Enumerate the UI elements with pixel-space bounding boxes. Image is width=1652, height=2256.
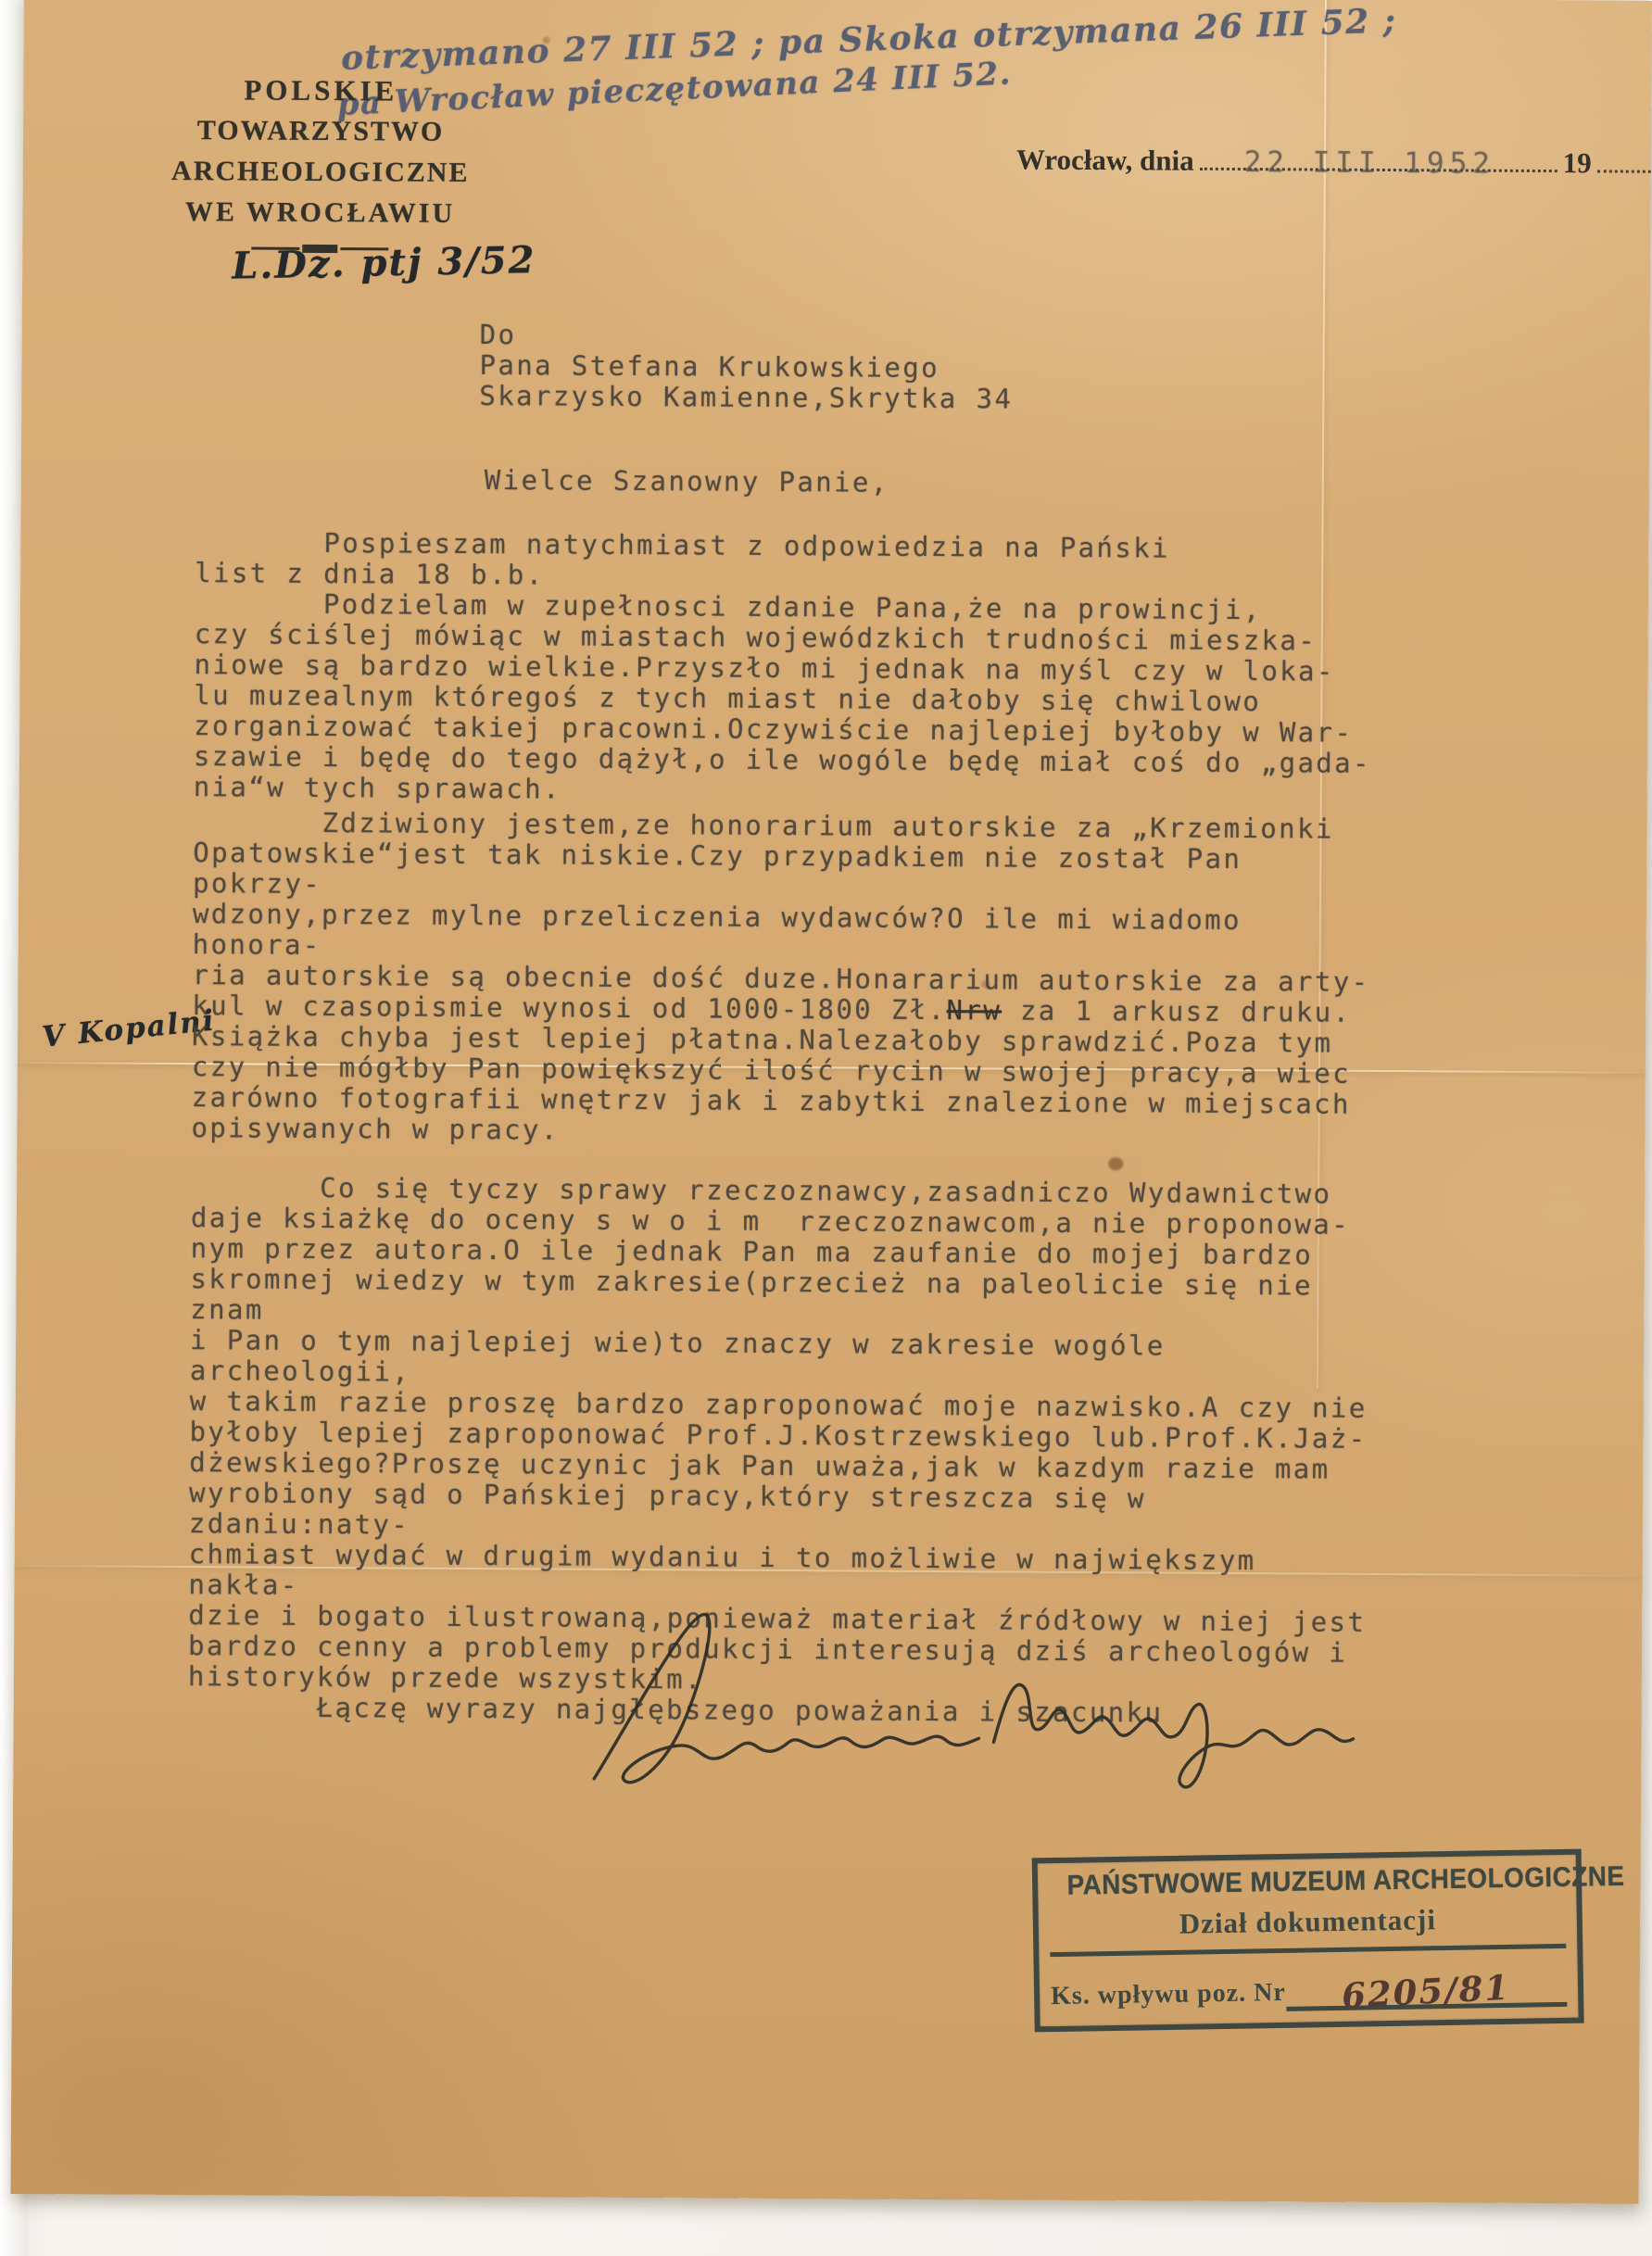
- letter-body: Do Pana Stefana Krukowskiego Skarzysko K…: [188, 318, 1392, 1730]
- handwritten-accession-number: 6205/81: [1341, 1967, 1511, 2016]
- stamp-accession-label: Ks. wpływu poz. Nr: [1051, 1978, 1286, 2015]
- salutation: Wielce Szanowny Panie,: [485, 465, 1391, 501]
- stamp-accession-row: Ks. wpływu poz. Nr 6205/81: [1051, 1961, 1568, 2015]
- dateline-prefix: Wrocław, dnia: [1016, 144, 1194, 177]
- stamp-accession-rule: 6205/81: [1285, 1961, 1567, 2011]
- letterhead-line3: WE WROCŁAWIU: [102, 192, 537, 235]
- dateline-dotted-rule: 22 III 1952: [1200, 162, 1557, 172]
- paragraph-2: Podzielam w zupełnosci zdanie Pana,że na…: [194, 588, 1390, 810]
- handwritten-reference-number: L.Dz. ptj 3/52: [232, 238, 536, 288]
- paragraph-3: Zdziwiony jestem,ze honorarium autorskie…: [191, 807, 1388, 1151]
- letterhead-line2: TOWARZYSTWO ARCHEOLOGICZNE: [103, 110, 539, 195]
- handwritten-margin-note: V Kopalni: [41, 1004, 217, 1054]
- dateline-year-print: 19: [1563, 146, 1592, 179]
- struck-out-word: Nrw: [946, 994, 1002, 1026]
- typed-date: 22 III 1952: [1244, 145, 1496, 181]
- dateline-dotted-rule-2: [1597, 164, 1652, 172]
- paragraph-1: Pospieszam natychmiast z odpowiedzia na …: [195, 527, 1390, 596]
- letterhead: POLSKIE TOWARZYSTWO ARCHEOLOGICZNE WE WR…: [102, 69, 538, 255]
- museum-stamp: PAŃSTWOWE MUZEUM ARCHEOLOGICZNE Dział do…: [1032, 1849, 1584, 2033]
- letterhead-line1: POLSKIE: [103, 69, 538, 113]
- stamp-department: Dział dokumentacji: [1050, 1901, 1567, 1943]
- dateline: Wrocław, dnia22 III 195219r.: [1016, 144, 1628, 181]
- signature-scrawl: [543, 1593, 1406, 1816]
- stamp-divider: [1050, 1944, 1566, 1957]
- paragraph-3-text: Zdziwiony jestem,ze honorarium autorskie…: [192, 806, 1369, 1026]
- stamp-institution: PAŃSTWOWE MUZEUM ARCHEOLOGICZNE: [1066, 1862, 1547, 1902]
- letter-paper: otrzymano 27 III 52 ; pa Skoka otrzymana…: [10, 0, 1651, 2204]
- recipient-address: Do Pana Stefana Krukowskiego Skarzysko K…: [479, 320, 1392, 417]
